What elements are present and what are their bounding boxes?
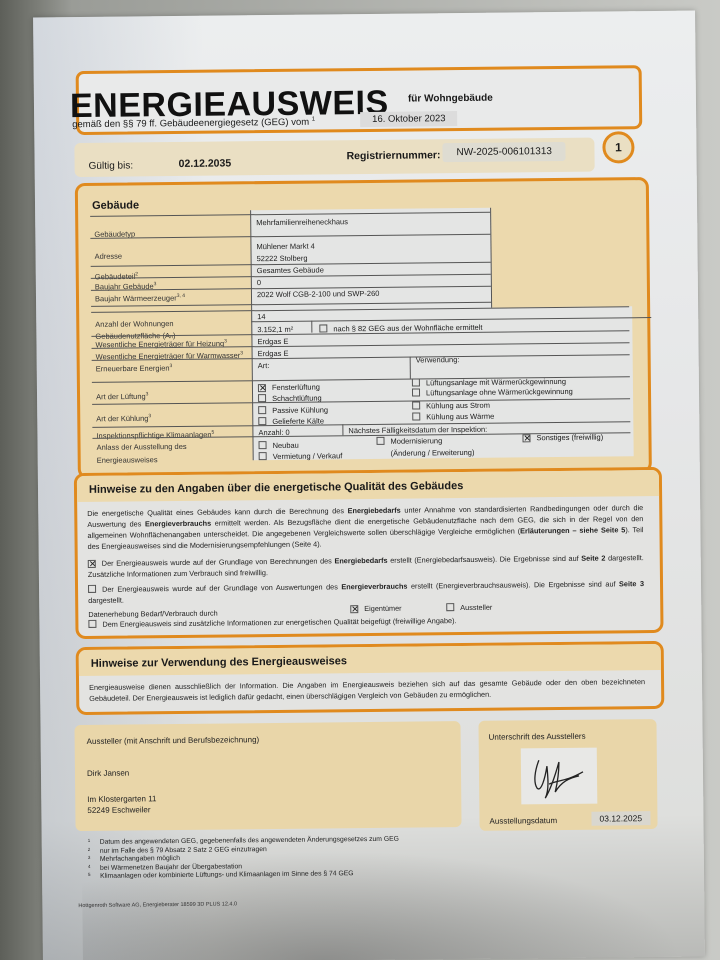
- ventilation-label: Art der Lüftung3: [96, 391, 149, 401]
- quality-notes-title: Hinweise zu den Angaben über die energet…: [89, 480, 463, 496]
- text: erstellt (Energieverbrauchsausweis). Die…: [407, 579, 619, 590]
- footnote-text: nur im Falle des § 79 Absatz 2 Satz 2 GE…: [100, 846, 267, 855]
- footnote-ref: 3: [146, 391, 149, 397]
- ventilation-option[interactable]: Fensterlüftung: [258, 383, 320, 393]
- checkbox-checked[interactable]: [350, 605, 358, 613]
- ac-label-text: Inspektionspflichtige Klimaanlagen: [96, 430, 211, 440]
- ventilation-option[interactable]: Lüftungsanlage ohne Wärmerückgewinnung: [412, 387, 573, 398]
- data-collection-issuer[interactable]: Aussteller: [446, 603, 492, 612]
- checkbox[interactable]: [412, 378, 420, 386]
- water-carrier-value: Erdgas E: [258, 349, 289, 358]
- year-heater-value: 2022 Wolf CGB-2-100 und SWP-260: [257, 289, 380, 299]
- address-line2: 52222 Stolberg: [257, 254, 308, 264]
- reason-option[interactable]: Vermietung / Verkauf: [259, 451, 343, 461]
- footnote-ref: 1: [312, 117, 315, 123]
- footnote-number: 5: [88, 871, 91, 880]
- area-value: 3.152,1 m²: [257, 325, 293, 334]
- year-heater-label-text: Baujahr Wärmeerzeuger: [95, 294, 177, 304]
- year-heater-label: Baujahr Wärmeerzeuger3, 4: [95, 293, 185, 303]
- option-demand-certificate[interactable]: Der Energieausweis wurde auf der Grundla…: [88, 552, 644, 580]
- text: Der Energieausweis wurde auf der Grundla…: [102, 556, 335, 567]
- checkbox-checked[interactable]: [88, 560, 96, 568]
- checkbox[interactable]: [376, 437, 384, 445]
- text-bold: Seite 2: [581, 554, 605, 563]
- usage-notes-section: Hinweise zur Verwendung des Energieauswe…: [76, 641, 665, 715]
- footnote-ref: 3, 4: [177, 293, 185, 299]
- address-label: Adresse: [95, 252, 123, 261]
- geg-date: 16. Oktober 2023: [360, 111, 458, 127]
- signature-box: Unterschrift des Ausstellers Ausstellung…: [478, 719, 657, 831]
- cooling-option-label: Kühlung aus Strom: [426, 401, 490, 411]
- divider: [342, 424, 343, 435]
- text-bold: Energiebedarfs: [334, 556, 387, 566]
- reason-option-label: Sonstiges (freiwillig): [536, 433, 603, 443]
- issuer-city: 52249 Eschweiler: [87, 805, 150, 815]
- ac-label: Inspektionspflichtige Klimaanlagen5: [96, 430, 214, 441]
- checkbox[interactable]: [446, 603, 454, 611]
- address-line1: Mühlener Markt 4: [256, 242, 314, 252]
- reason-label-line1: Anlass der Ausstellung des: [97, 442, 187, 452]
- issue-date-label: Ausstellungsdatum: [489, 816, 557, 826]
- footnote-number: 1: [88, 837, 91, 846]
- quality-notes-section: Hinweise zu den Angaben über die energet…: [74, 467, 664, 639]
- footnote-ref: 3: [154, 281, 157, 287]
- footnote-ref: 3: [148, 413, 151, 419]
- quality-notes-intro: Die energetische Qualität eines Gebäudes…: [87, 502, 643, 552]
- registration-number: NW-2025-006101313: [442, 142, 566, 162]
- building-section: Gebäude Gebäudetyp Mehrfamilienreiheneck…: [75, 177, 652, 479]
- checkbox[interactable]: [258, 394, 266, 402]
- ventilation-option-label: Lüftungsanlage mit Wärmerückgewinnung: [426, 377, 566, 387]
- ventilation-label-text: Art der Lüftung: [96, 392, 146, 402]
- text-bold: Seite 3: [619, 579, 644, 588]
- year-building-value: 0: [257, 278, 261, 287]
- checkbox[interactable]: [412, 412, 420, 420]
- text: erstellt (Energiebedarfsausweis). Die Er…: [388, 554, 582, 565]
- divider: [311, 321, 312, 333]
- issue-date: 03.12.2025: [591, 811, 650, 826]
- footnote-ref: 3: [240, 350, 243, 356]
- checkbox[interactable]: [259, 452, 267, 460]
- reason-label-line2: Energieausweises: [97, 455, 158, 465]
- footnote-ref: 3: [170, 363, 173, 369]
- issuer-box: Aussteller (mit Anschrift und Berufsbeze…: [74, 721, 461, 831]
- renewable-label-text: Erneuerbare Energien: [96, 364, 170, 374]
- quality-notes-header: Hinweise zu den Angaben über die energet…: [77, 470, 659, 502]
- checkbox[interactable]: [412, 401, 420, 409]
- footnote-text: Mehrfachangaben möglich: [100, 855, 180, 863]
- units-value: 14: [257, 312, 265, 321]
- checkbox-checked[interactable]: [258, 384, 266, 392]
- reason-option-label: Modernisierung: [390, 436, 442, 446]
- option-consumption-certificate[interactable]: Der Energieausweis wurde auf der Grundla…: [88, 578, 644, 606]
- issuer-label: Aussteller (mit Anschrift und Berufsbeze…: [87, 735, 260, 746]
- part-label: Gebäudeteil2: [95, 271, 138, 281]
- type-value: Mehrfamilienreiheneckhaus: [256, 217, 348, 227]
- text: Die energetische Qualität eines Gebäudes…: [87, 506, 347, 518]
- checkbox[interactable]: [259, 441, 267, 449]
- text-bold: Erläuterungen – siehe Seite 5: [520, 525, 625, 535]
- checkbox[interactable]: [88, 585, 96, 593]
- checkbox[interactable]: [258, 417, 266, 425]
- reason-option-label: Neubau: [273, 441, 299, 450]
- text: Der Energieausweis wurde auf der Grundla…: [102, 582, 341, 594]
- usage-notes-text: Energieausweise dienen ausschließlich de…: [89, 676, 645, 704]
- cooling-label-text: Art der Kühlung: [96, 414, 148, 424]
- software-credit: Hottgenroth Software AG, Energieberater …: [78, 901, 237, 909]
- registration-label: Registriernummer:: [346, 149, 440, 162]
- footnotes: 1Datum des angewendeten GEG, gegebenenfa…: [86, 836, 400, 882]
- usage-notes-title: Hinweise zur Verwendung des Energieauswe…: [91, 655, 347, 670]
- cooling-option[interactable]: Passive Kühlung: [258, 405, 328, 415]
- renewable-type-label: Art:: [258, 361, 270, 370]
- footnote-number: 3: [88, 854, 91, 863]
- signature-label: Unterschrift des Ausstellers: [489, 732, 586, 742]
- footnote-text: bei Wärmenetzen Baujahr der Übergabestat…: [100, 863, 242, 871]
- footnote-ref: 5: [211, 430, 214, 436]
- checkbox[interactable]: [258, 406, 266, 414]
- ventilation-option-label: Fensterlüftung: [272, 383, 320, 393]
- text-bold: Energieverbrauchs: [145, 519, 211, 529]
- signature-image: [521, 748, 598, 805]
- cooling-option[interactable]: Kühlung aus Wärme: [412, 412, 494, 422]
- text: dargestellt.: [88, 596, 124, 605]
- renewable-label: Erneuerbare Energien3: [96, 363, 173, 373]
- validity-bar: Gültig bis: 02.12.2035 Registriernummer:…: [74, 138, 594, 177]
- heating-carrier-value: Erdgas E: [257, 337, 288, 346]
- reason-option[interactable]: Neubau: [259, 441, 299, 450]
- footnote: 5Klimaanlagen oder kombinierte Lüftungs-…: [86, 870, 399, 882]
- footnote-number: 4: [88, 863, 91, 872]
- footnote-text: Klimaanlagen oder kombinierte Lüftungs- …: [100, 871, 354, 881]
- checkbox-checked[interactable]: [522, 434, 530, 442]
- page-number-badge: 1: [602, 131, 634, 163]
- footnote-ref: 3: [224, 338, 227, 344]
- data-collection-owner[interactable]: Eigentümer: [350, 604, 401, 614]
- issuer-street: Im Klostergarten 11: [87, 794, 156, 804]
- part-value: Gesamtes Gebäude: [257, 265, 324, 275]
- energy-certificate-page: ENERGIEAUSWEIS für Wohngebäude gemäß den…: [33, 11, 705, 960]
- text-bold: Energiebedarfs: [348, 506, 401, 516]
- checkbox-area-option[interactable]: [319, 324, 327, 332]
- issuer-name: Dirk Jansen: [87, 769, 129, 778]
- units-label: Anzahl der Wohnungen: [95, 319, 173, 329]
- cooling-option-label: Kühlung aus Wärme: [426, 412, 494, 422]
- reason-option-note: (Änderung / Erweiterung): [391, 448, 475, 458]
- cooling-option-label: Passive Kühlung: [272, 405, 328, 415]
- reason-option[interactable]: Modernisierung: [376, 436, 442, 446]
- ventilation-option-label: Lüftungsanlage ohne Wärmerückgewinnung: [426, 387, 573, 398]
- reason-option-label: Vermietung / Verkauf: [273, 451, 343, 461]
- cooling-label: Art der Kühlung3: [96, 413, 151, 423]
- building-section-title: Gebäude: [92, 199, 139, 211]
- ventilation-option[interactable]: Lüftungsanlage mit Wärmerückgewinnung: [412, 377, 566, 388]
- checkbox[interactable]: [412, 388, 420, 396]
- divider: [410, 357, 411, 379]
- renewable-usage-label: Verwendung:: [416, 355, 460, 364]
- footnote-number: 2: [88, 846, 91, 855]
- valid-until-label: Gültig bis:: [89, 160, 134, 171]
- usage-notes-header: Hinweise zur Verwendung des Energieauswe…: [79, 644, 661, 676]
- checkbox[interactable]: [88, 620, 96, 628]
- owner-label: Eigentümer: [364, 604, 401, 613]
- signature-icon: [521, 748, 598, 805]
- valid-until-value: 02.12.2035: [179, 157, 232, 170]
- reason-option[interactable]: Sonstiges (freiwillig): [522, 433, 603, 443]
- document-subtitle: für Wohngebäude: [408, 93, 493, 105]
- issuer-label: Aussteller: [460, 603, 492, 612]
- text-bold: Energieverbrauchs: [341, 582, 407, 592]
- data-collection-label: Datenerhebung Bedarf/Verbrauch durch: [88, 609, 217, 619]
- cooling-option[interactable]: Kühlung aus Strom: [412, 401, 490, 411]
